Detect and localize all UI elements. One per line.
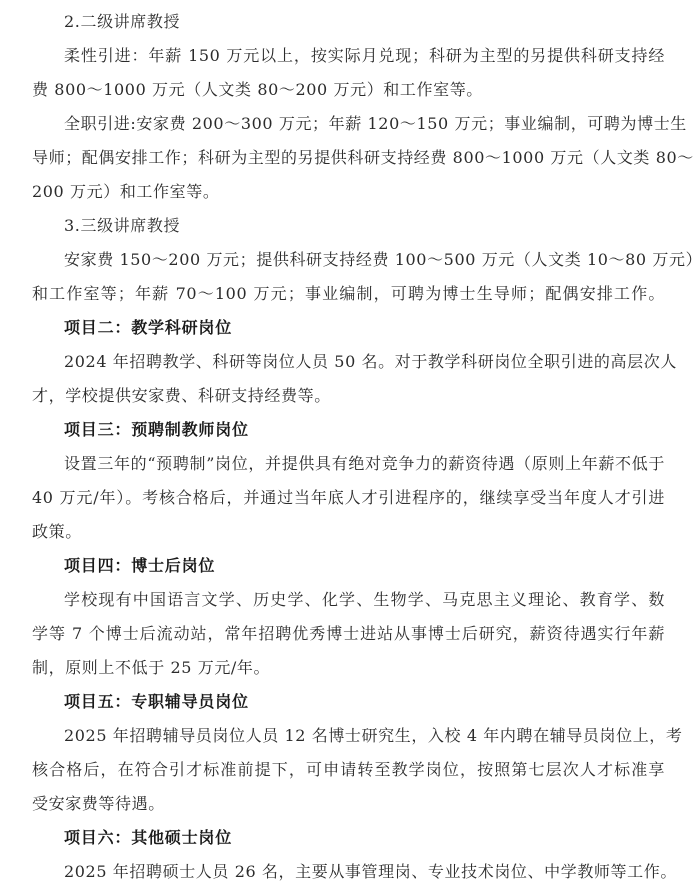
paragraph-line: 核合格后，在符合引才标准前提下，可申请转至教学岗位，按照第七层次人才标准享 xyxy=(32,758,665,782)
paragraph-line: 导师；配偶安排工作；科研为主型的另提供科研支持经费 800～1000 万元（人文… xyxy=(32,146,665,170)
paragraph-line: 40 万元/年）。考核合格后，并通过当年底人才引进程序的，继续享受当年度人才引进 xyxy=(32,486,665,510)
paragraph-line: 受安家费等待遇。 xyxy=(32,792,165,816)
paragraph-line: 全职引进:安家费 200～300 万元；年薪 120～150 万元；事业编制，可… xyxy=(64,112,665,136)
paragraph-line: 安家费 150～200 万元；提供科研支持经费 100～500 万元（人文类 1… xyxy=(64,248,665,272)
paragraph-line: 学校现有中国语言文学、历史学、化学、生物学、马克思主义理论、教育学、数 xyxy=(64,588,665,612)
paragraph-line: 2024 年招聘教学、科研等岗位人员 50 名。对于教学科研岗位全职引进的高层次… xyxy=(64,350,665,374)
heading-project-4: 项目四：博士后岗位 xyxy=(64,554,215,578)
heading-project-5: 项目五：专职辅导员岗位 xyxy=(64,690,249,714)
paragraph-line: 2025 年招聘硕士人员 26 名，主要从事管理岗、专业技术岗位、中学教师等工作… xyxy=(64,860,665,884)
paragraph-line: 和工作室等；年薪 70～100 万元；事业编制，可聘为博士生导师；配偶安排工作。 xyxy=(32,282,665,306)
heading-project-6: 项目六：其他硕士岗位 xyxy=(64,826,232,850)
paragraph-line: 柔性引进：年薪 150 万元以上，按实际月兑现；科研为主型的另提供科研支持经 xyxy=(64,44,665,68)
paragraph-line: 学等 7 个博士后流动站，常年招聘优秀博士进站从事博士后研究，薪资待遇实行年薪 xyxy=(32,622,665,646)
subheading-third-level-chair-professor: 3.三级讲席教授 xyxy=(64,214,180,238)
paragraph-line: 设置三年的“预聘制”岗位，并提供具有绝对竞争力的薪资待遇（原则上年薪不低于 xyxy=(64,452,665,476)
paragraph-line: 制，原则上不低于 25 万元/年。 xyxy=(32,656,270,680)
paragraph-line: 费 800～1000 万元（人文类 80～200 万元）和工作室等。 xyxy=(32,78,483,102)
subheading-second-level-chair-professor: 2.二级讲席教授 xyxy=(64,10,180,34)
paragraph-line: 2025 年招聘辅导员岗位人员 12 名博士研究生，入校 4 年内聘在辅导员岗位… xyxy=(64,724,665,748)
paragraph-line: 政策。 xyxy=(32,520,82,544)
paragraph-line: 才，学校提供安家费、科研支持经费等。 xyxy=(32,384,331,408)
heading-project-2: 项目二：教学科研岗位 xyxy=(64,316,232,340)
heading-project-3: 项目三：预聘制教师岗位 xyxy=(64,418,249,442)
paragraph-line: 200 万元）和工作室等。 xyxy=(32,180,219,204)
